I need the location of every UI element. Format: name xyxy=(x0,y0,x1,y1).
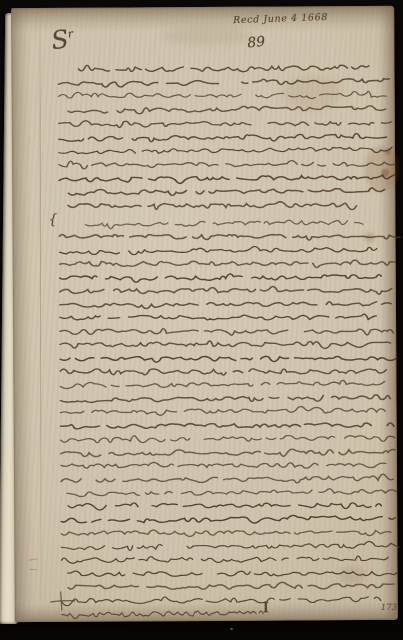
paragraph-mark: { xyxy=(48,212,57,228)
handwriting-line xyxy=(60,230,390,243)
handwriting-line xyxy=(60,257,390,270)
handwriting-line xyxy=(61,553,381,567)
handwriting-line xyxy=(61,538,391,554)
handwriting-line xyxy=(61,445,391,460)
handwriting-line xyxy=(60,351,390,364)
handwriting-line xyxy=(62,606,260,621)
collation-cross-icon xyxy=(48,589,78,613)
handwriting-paragraph xyxy=(58,6,392,622)
handwriting-line xyxy=(60,338,387,351)
vertical-crease xyxy=(39,16,41,616)
manuscript-page: Recd June 4 1668 89 Sr { I 173 xyxy=(11,6,398,622)
handwriting-line xyxy=(60,324,390,338)
handwriting-line xyxy=(61,499,384,512)
pencil-mark xyxy=(30,569,38,571)
handwriting-line xyxy=(60,297,390,312)
handwriting-line xyxy=(62,566,392,579)
folio-number-173: 173 xyxy=(381,603,397,613)
dust-speck xyxy=(230,628,233,630)
handwriting-line xyxy=(60,311,380,324)
handwriting-line xyxy=(61,525,388,540)
handwriting-line xyxy=(61,404,378,420)
manuscript-photo: Recd June 4 1668 89 Sr { I 173 xyxy=(0,0,403,640)
end-of-text-mark: I xyxy=(263,600,269,616)
letter-body: { I xyxy=(58,6,392,622)
pencil-mark xyxy=(28,558,37,560)
handwriting-line xyxy=(60,284,390,298)
handwriting-line xyxy=(61,459,381,472)
